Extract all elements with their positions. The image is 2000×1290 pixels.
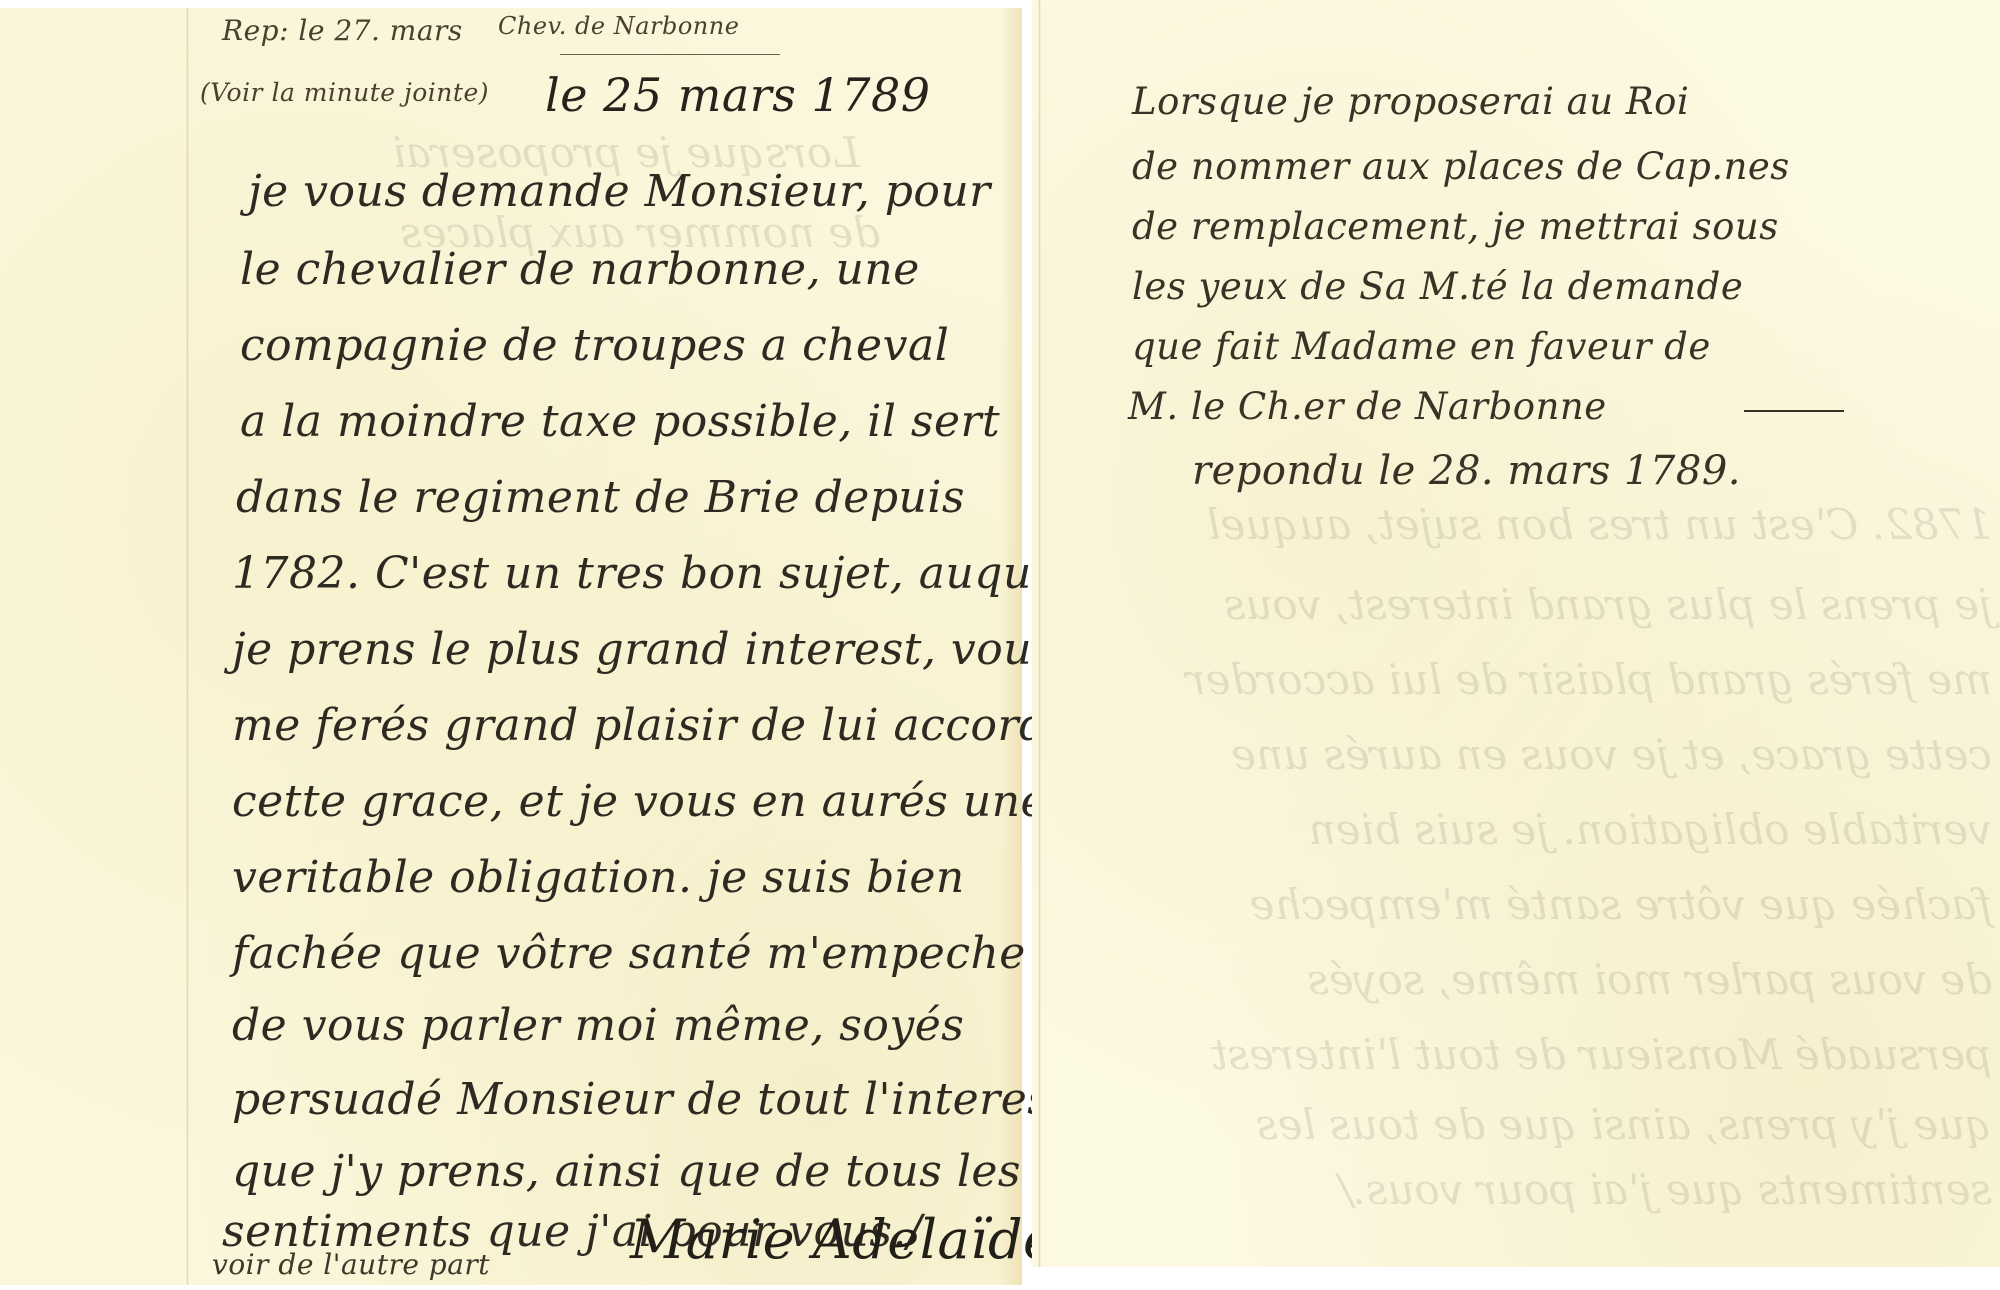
paper-fold-line bbox=[1038, 0, 1041, 1267]
paper-fold-line bbox=[186, 8, 189, 1285]
letter-line: me ferés grand plaisir de lui accorder bbox=[232, 700, 1096, 751]
reply-annotation: Rep: le 27. mars bbox=[222, 14, 463, 47]
letter-line: je vous demande Monsieur, pour bbox=[248, 166, 991, 217]
letter-line: veritable obligation. je suis bien bbox=[232, 852, 965, 903]
replied-date-line: repondu le 28. mars 1789. bbox=[1192, 448, 1741, 494]
bleed-through-text: veritable obligation. je suis bien bbox=[1309, 805, 1992, 854]
letter-line: cette grace, et je vous en aurés une bbox=[232, 776, 1047, 827]
letter-line: a la moindre taxe possible, il sert bbox=[240, 396, 1000, 447]
letter-line: je prens le plus grand interest, vous bbox=[232, 624, 1055, 675]
closing-dash bbox=[1744, 410, 1844, 412]
see-minute-annotation: (Voir la minute jointe) bbox=[200, 78, 489, 107]
letter-line: dans le regiment de Brie depuis bbox=[236, 472, 965, 523]
bleed-through-text: que j'y prens, ainsi que de tous les bbox=[1256, 1100, 1992, 1149]
bleed-through-text: de vous parler moi même, soyés bbox=[1307, 955, 1992, 1004]
letter-page-left: Lorsque je proposerai de nommer aux plac… bbox=[0, 8, 1022, 1285]
letter-line: que j'y prens, ainsi que de tous les bbox=[232, 1146, 1021, 1197]
letter-line: fachée que vôtre santé m'empeche bbox=[232, 928, 1026, 979]
letter-line: le chevalier de narbonne, une bbox=[240, 244, 920, 295]
reply-line: les yeux de Sa M.té la demande bbox=[1132, 265, 1743, 308]
reply-line: Lorsque je proposerai au Roi bbox=[1132, 80, 1689, 123]
bleed-through-text: fachée que vôtre santé m'empeche bbox=[1250, 880, 1993, 929]
reply-line: de nommer aux places de Cap.nes bbox=[1132, 145, 1790, 188]
reply-line: que fait Madame en faveur de bbox=[1132, 325, 1711, 368]
signature: Marie Adelaïde bbox=[630, 1208, 1055, 1271]
reply-line: de remplacement, je mettrai sous bbox=[1132, 205, 1779, 248]
letter-line: 1782. C'est un tres bon sujet, auquel bbox=[232, 548, 1073, 599]
letter-line: compagnie de troupes a cheval bbox=[240, 320, 949, 371]
subject-annotation: Chev. de Narbonne bbox=[498, 12, 739, 40]
bleed-through-text: 1782. C'est un tres bon sujet, auquel bbox=[1207, 500, 1992, 549]
annotation-underline bbox=[560, 54, 780, 55]
bleed-through-text: sentiments que j'ai pour vous./ bbox=[1338, 1165, 1992, 1214]
footer-note: voir de l'autre part bbox=[212, 1248, 490, 1281]
bleed-through-text: cette grace, et je vous en aurés une bbox=[1231, 730, 1992, 779]
letter-line: de vous parler moi même, soyés bbox=[232, 1000, 964, 1051]
letter-date: le 25 mars 1789 bbox=[545, 68, 931, 122]
letter-line: persuadé Monsieur de tout l'interest bbox=[232, 1074, 1069, 1125]
bleed-through-text: me ferés grand plaisir de lui accorder bbox=[1186, 655, 1992, 704]
bleed-through-text: je prens le plus grand interest, vous bbox=[1224, 580, 1992, 629]
bleed-through-text: persuadé Monsieur de tout l'interest bbox=[1211, 1030, 1992, 1079]
reply-line: M. le Ch.er de Narbonne bbox=[1128, 385, 1607, 428]
letter-page-right: 1782. C'est un tres bon sujet, auquel je… bbox=[1032, 0, 2000, 1267]
